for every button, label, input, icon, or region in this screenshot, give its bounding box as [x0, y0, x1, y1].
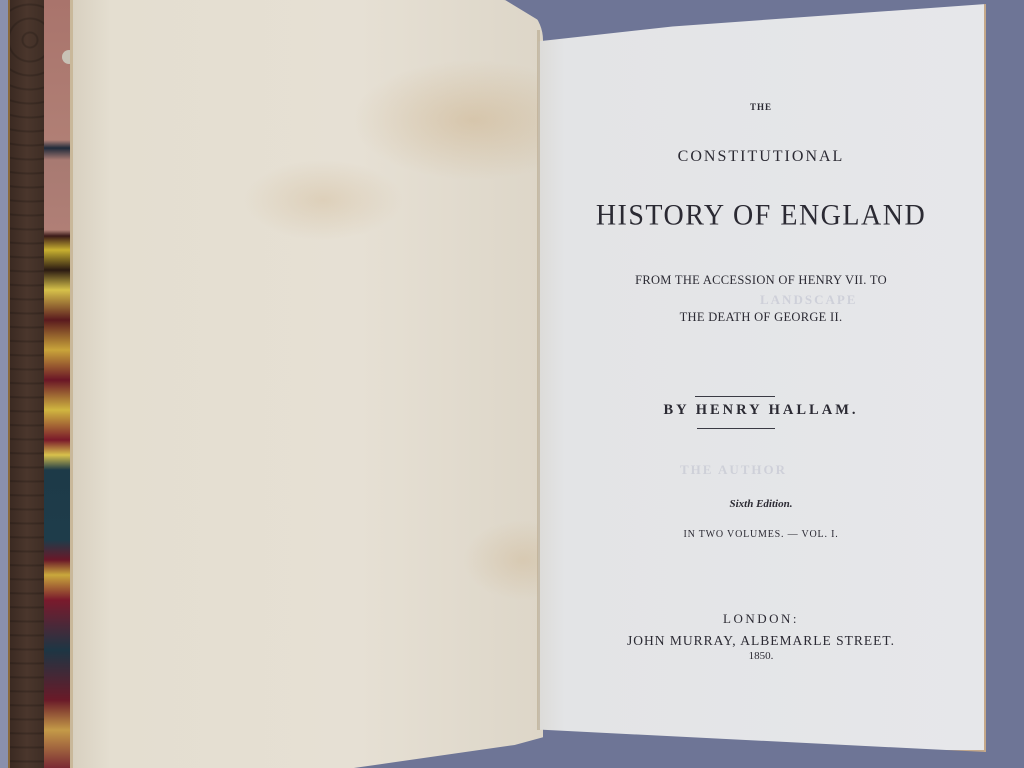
title-article: THE	[538, 102, 984, 112]
show-through-text: LANDSCAPE	[760, 292, 857, 308]
show-through-text: THE AUTHOR	[680, 462, 787, 478]
title-line-1: CONSTITUTIONAL	[538, 148, 984, 166]
imprint-publisher: JOHN MURRAY, ALBEMARLE STREET.	[538, 633, 984, 649]
left-blank-page	[70, 0, 543, 768]
rule-below-author	[697, 428, 775, 429]
title-line-2: HISTORY OF ENGLAND	[538, 199, 984, 233]
rule-above-author	[695, 396, 775, 397]
imprint-year: 1850.	[538, 650, 984, 662]
volumes-line: IN TWO VOLUMES. — VOL. I.	[538, 529, 984, 540]
subtitle-line-2: THE DEATH OF GEORGE II.	[538, 310, 984, 325]
author-line: BY HENRY HALLAM.	[538, 402, 984, 419]
edition-line: Sixth Edition.	[538, 498, 984, 510]
imprint-city: LONDON:	[538, 611, 984, 627]
subtitle-line-1: FROM THE ACCESSION OF HENRY VII. TO	[538, 273, 984, 288]
